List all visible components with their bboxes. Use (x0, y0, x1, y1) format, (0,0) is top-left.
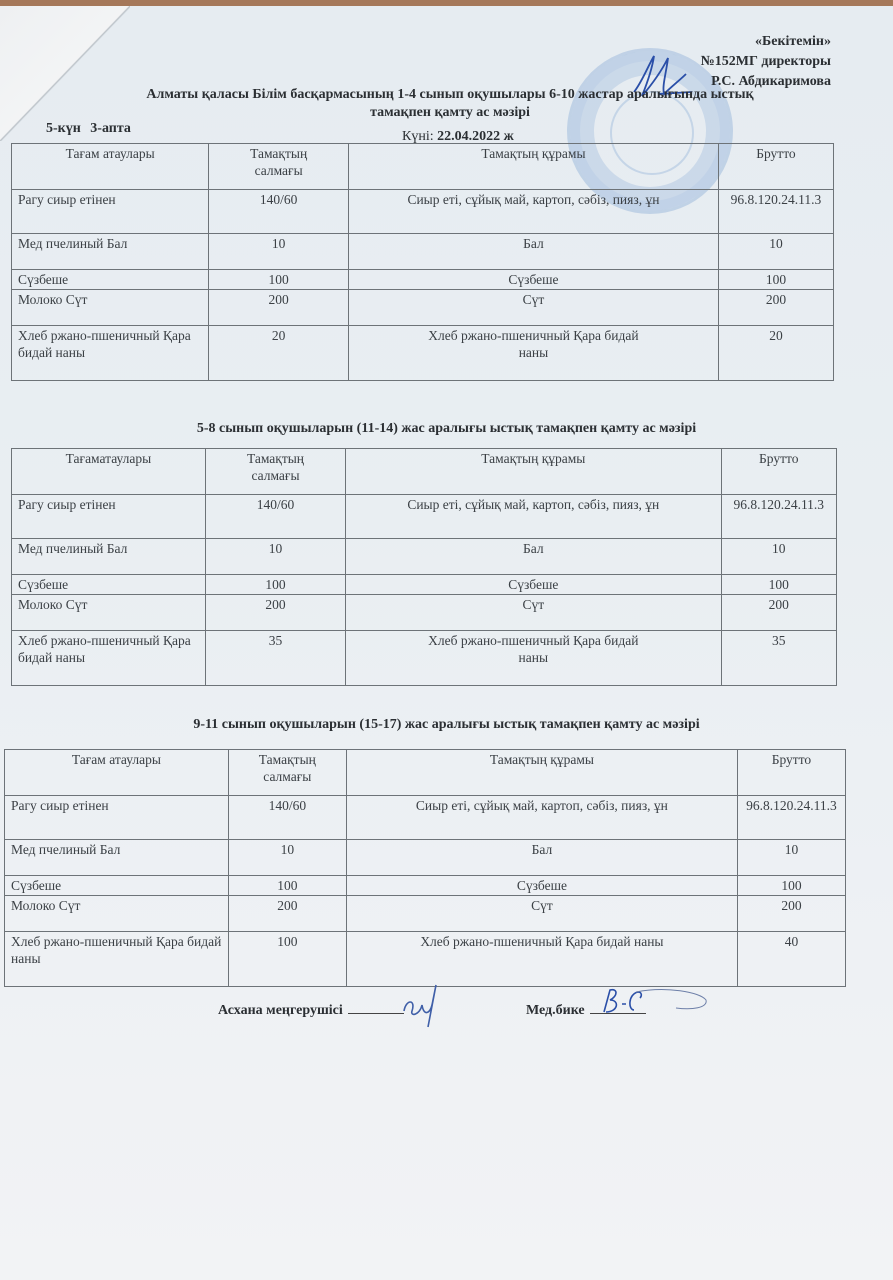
dish-name: Мед пчелиный Бал (12, 539, 206, 575)
date-label: Күні: (402, 129, 434, 144)
composition: Хлеб ржано-пшеничный Қара бидай наны (349, 326, 719, 381)
day-label: 5-күн (46, 121, 81, 136)
portion-weight: 20 (209, 326, 349, 381)
nurse-label: Мед.бике (526, 1003, 585, 1018)
composition: Сүт (346, 896, 737, 932)
table-row: Хлеб ржано-пшеничный Қара бидай наны20Хл… (12, 326, 834, 381)
composition: Хлеб ржано-пшеничный Қара бидай наны (346, 932, 737, 987)
date-value: 22.04.2022 ж (437, 129, 514, 144)
menu-table-grades-1-4: Тағам атауларыТамақтың салмағыТамақтың қ… (11, 143, 834, 381)
composition: Бал (346, 840, 737, 876)
menu-table-grades-5-8: ТағаматауларыТамақтың салмағыТамақтың құ… (11, 448, 837, 686)
dish-name: Хлеб ржано-пшеничный Қара бидай наны (12, 631, 206, 686)
table-row: Рагу сиыр етінен140/60Сиыр еті, сұйық ма… (12, 495, 837, 539)
kitchen-head-signature-line: Асхана меңгерушісі (218, 1003, 404, 1019)
header-dish-name: Тағаматаулары (12, 449, 206, 495)
composition: Хлеб ржано-пшеничный Қара бидай наны (346, 631, 721, 686)
approval-heading: «Бекітемін» (701, 32, 831, 52)
title-line-1: Алматы қаласы Білім басқармасының 1-4 сы… (60, 86, 840, 104)
approval-block: «Бекітемін» №152МГ директоры Р.С. Абдика… (701, 32, 831, 92)
kitchen-head-label: Асхана меңгерушісі (218, 1003, 343, 1018)
header-portion-weight: Тамақтың салмағы (228, 750, 346, 796)
composition: Сүт (346, 595, 721, 631)
header-portion-weight: Тамақтың салмағы (209, 144, 349, 190)
portion-weight: 10 (228, 840, 346, 876)
dish-name: Сүзбеше (12, 575, 206, 595)
composition: Сүзбеше (346, 575, 721, 595)
table-row: Сүзбеше100Сүзбеше100 (12, 575, 837, 595)
portion-weight: 10 (209, 234, 349, 270)
header-gross: Брутто (737, 750, 845, 796)
gross-weight: 20 (718, 326, 833, 381)
dish-name: Мед пчелиный Бал (12, 234, 209, 270)
document-title: Алматы қаласы Білім басқармасының 1-4 сы… (60, 86, 840, 122)
table-header-row: ТағаматауларыТамақтың салмағыТамақтың құ… (12, 449, 837, 495)
header-dish-name: Тағам атаулары (5, 750, 229, 796)
portion-weight: 100 (205, 575, 345, 595)
header-portion-weight: Тамақтың салмағы (205, 449, 345, 495)
table-row: Молоко Сүт200Сүт200 (5, 896, 846, 932)
header-composition: Тамақтың құрамы (346, 449, 721, 495)
portion-weight: 10 (205, 539, 345, 575)
composition: Сиыр еті, сұйық май, картоп, сәбіз, пияз… (346, 495, 721, 539)
dish-name: Рагу сиыр етінен (5, 796, 229, 840)
menu-table-grades-9-11: Тағам атауларыТамақтың салмағыТамақтың қ… (4, 749, 846, 987)
table-row: Мед пчелиный Бал10Бал10 (12, 539, 837, 575)
gross-weight: 10 (718, 234, 833, 270)
header-composition: Тамақтың құрамы (349, 144, 719, 190)
portion-weight: 200 (205, 595, 345, 631)
gross-weight: 10 (721, 539, 837, 575)
gross-weight: 40 (737, 932, 845, 987)
table-row: Хлеб ржано-пшеничный Қара бидай наны35Хл… (12, 631, 837, 686)
portion-weight: 140/60 (209, 190, 349, 234)
header-dish-name: Тағам атаулары (12, 144, 209, 190)
header-gross: Брутто (721, 449, 837, 495)
section-title-grades-5-8: 5-8 сынып оқушыларын (11-14) жас аралығы… (0, 421, 893, 437)
gross-weight: 10 (737, 840, 845, 876)
gross-weight: 96.8.120.24.11.3 (718, 190, 833, 234)
composition: Бал (346, 539, 721, 575)
day-week-label: 5-күн 3-апта (46, 121, 131, 137)
gross-weight: 96.8.120.24.11.3 (737, 796, 845, 840)
gross-weight: 200 (721, 595, 837, 631)
gross-weight: 200 (718, 290, 833, 326)
table-row: Рагу сиыр етінен140/60Сиыр еті, сұйық ма… (5, 796, 846, 840)
composition: Бал (349, 234, 719, 270)
gross-weight: 100 (718, 270, 833, 290)
dish-name: Рагу сиыр етінен (12, 190, 209, 234)
dish-name: Мед пчелиный Бал (5, 840, 229, 876)
portion-weight: 100 (228, 876, 346, 896)
portion-weight: 100 (228, 932, 346, 987)
composition: Сүзбеше (346, 876, 737, 896)
portion-weight: 140/60 (228, 796, 346, 840)
gross-weight: 96.8.120.24.11.3 (721, 495, 837, 539)
dish-name: Сүзбеше (5, 876, 229, 896)
header-gross: Брутто (718, 144, 833, 190)
section-title-grades-9-11: 9-11 сынып оқушыларын (15-17) жас аралығ… (0, 717, 893, 733)
portion-weight: 200 (209, 290, 349, 326)
dish-name: Молоко Сүт (12, 595, 206, 631)
table-row: Молоко Сүт200Сүт200 (12, 595, 837, 631)
document-page: «Бекітемін» №152МГ директоры Р.С. Абдика… (0, 6, 893, 1280)
dish-name: Сүзбеше (12, 270, 209, 290)
dish-name: Рагу сиыр етінен (12, 495, 206, 539)
portion-weight: 200 (228, 896, 346, 932)
approval-position: №152МГ директоры (701, 52, 831, 72)
gross-weight: 35 (721, 631, 837, 686)
portion-weight: 100 (209, 270, 349, 290)
table-row: Мед пчелиный Бал10Бал10 (5, 840, 846, 876)
table-row: Сүзбеше100Сүзбеше100 (5, 876, 846, 896)
gross-weight: 200 (737, 896, 845, 932)
composition: Сүзбеше (349, 270, 719, 290)
composition: Сүт (349, 290, 719, 326)
table-row: Рагу сиыр етінен140/60Сиыр еті, сұйық ма… (12, 190, 834, 234)
dish-name: Молоко Сүт (5, 896, 229, 932)
table-row: Молоко Сүт200Сүт200 (12, 290, 834, 326)
portion-weight: 140/60 (205, 495, 345, 539)
title-line-2: тамақпен қамту ас мәзірі (60, 104, 840, 122)
portion-weight: 35 (205, 631, 345, 686)
table-row: Мед пчелиный Бал10Бал10 (12, 234, 834, 270)
gross-weight: 100 (737, 876, 845, 896)
dish-name: Хлеб ржано-пшеничный Қара бидай наны (12, 326, 209, 381)
gross-weight: 100 (721, 575, 837, 595)
table-row: Хлеб ржано-пшеничный Қара бидай наны100Х… (5, 932, 846, 987)
header-composition: Тамақтың құрамы (346, 750, 737, 796)
table-header-row: Тағам атауларыТамақтың салмағыТамақтың қ… (5, 750, 846, 796)
composition: Сиыр еті, сұйық май, картоп, сәбіз, пияз… (346, 796, 737, 840)
nurse-signature-line: Мед.бике (526, 1003, 646, 1019)
dish-name: Молоко Сүт (12, 290, 209, 326)
table-header-row: Тағам атауларыТамақтың салмағыТамақтың қ… (12, 144, 834, 190)
table-row: Сүзбеше100Сүзбеше100 (12, 270, 834, 290)
week-label: 3-апта (90, 121, 131, 136)
dish-name: Хлеб ржано-пшеничный Қара бидай наны (5, 932, 229, 987)
composition: Сиыр еті, сұйық май, картоп, сәбіз, пияз… (349, 190, 719, 234)
